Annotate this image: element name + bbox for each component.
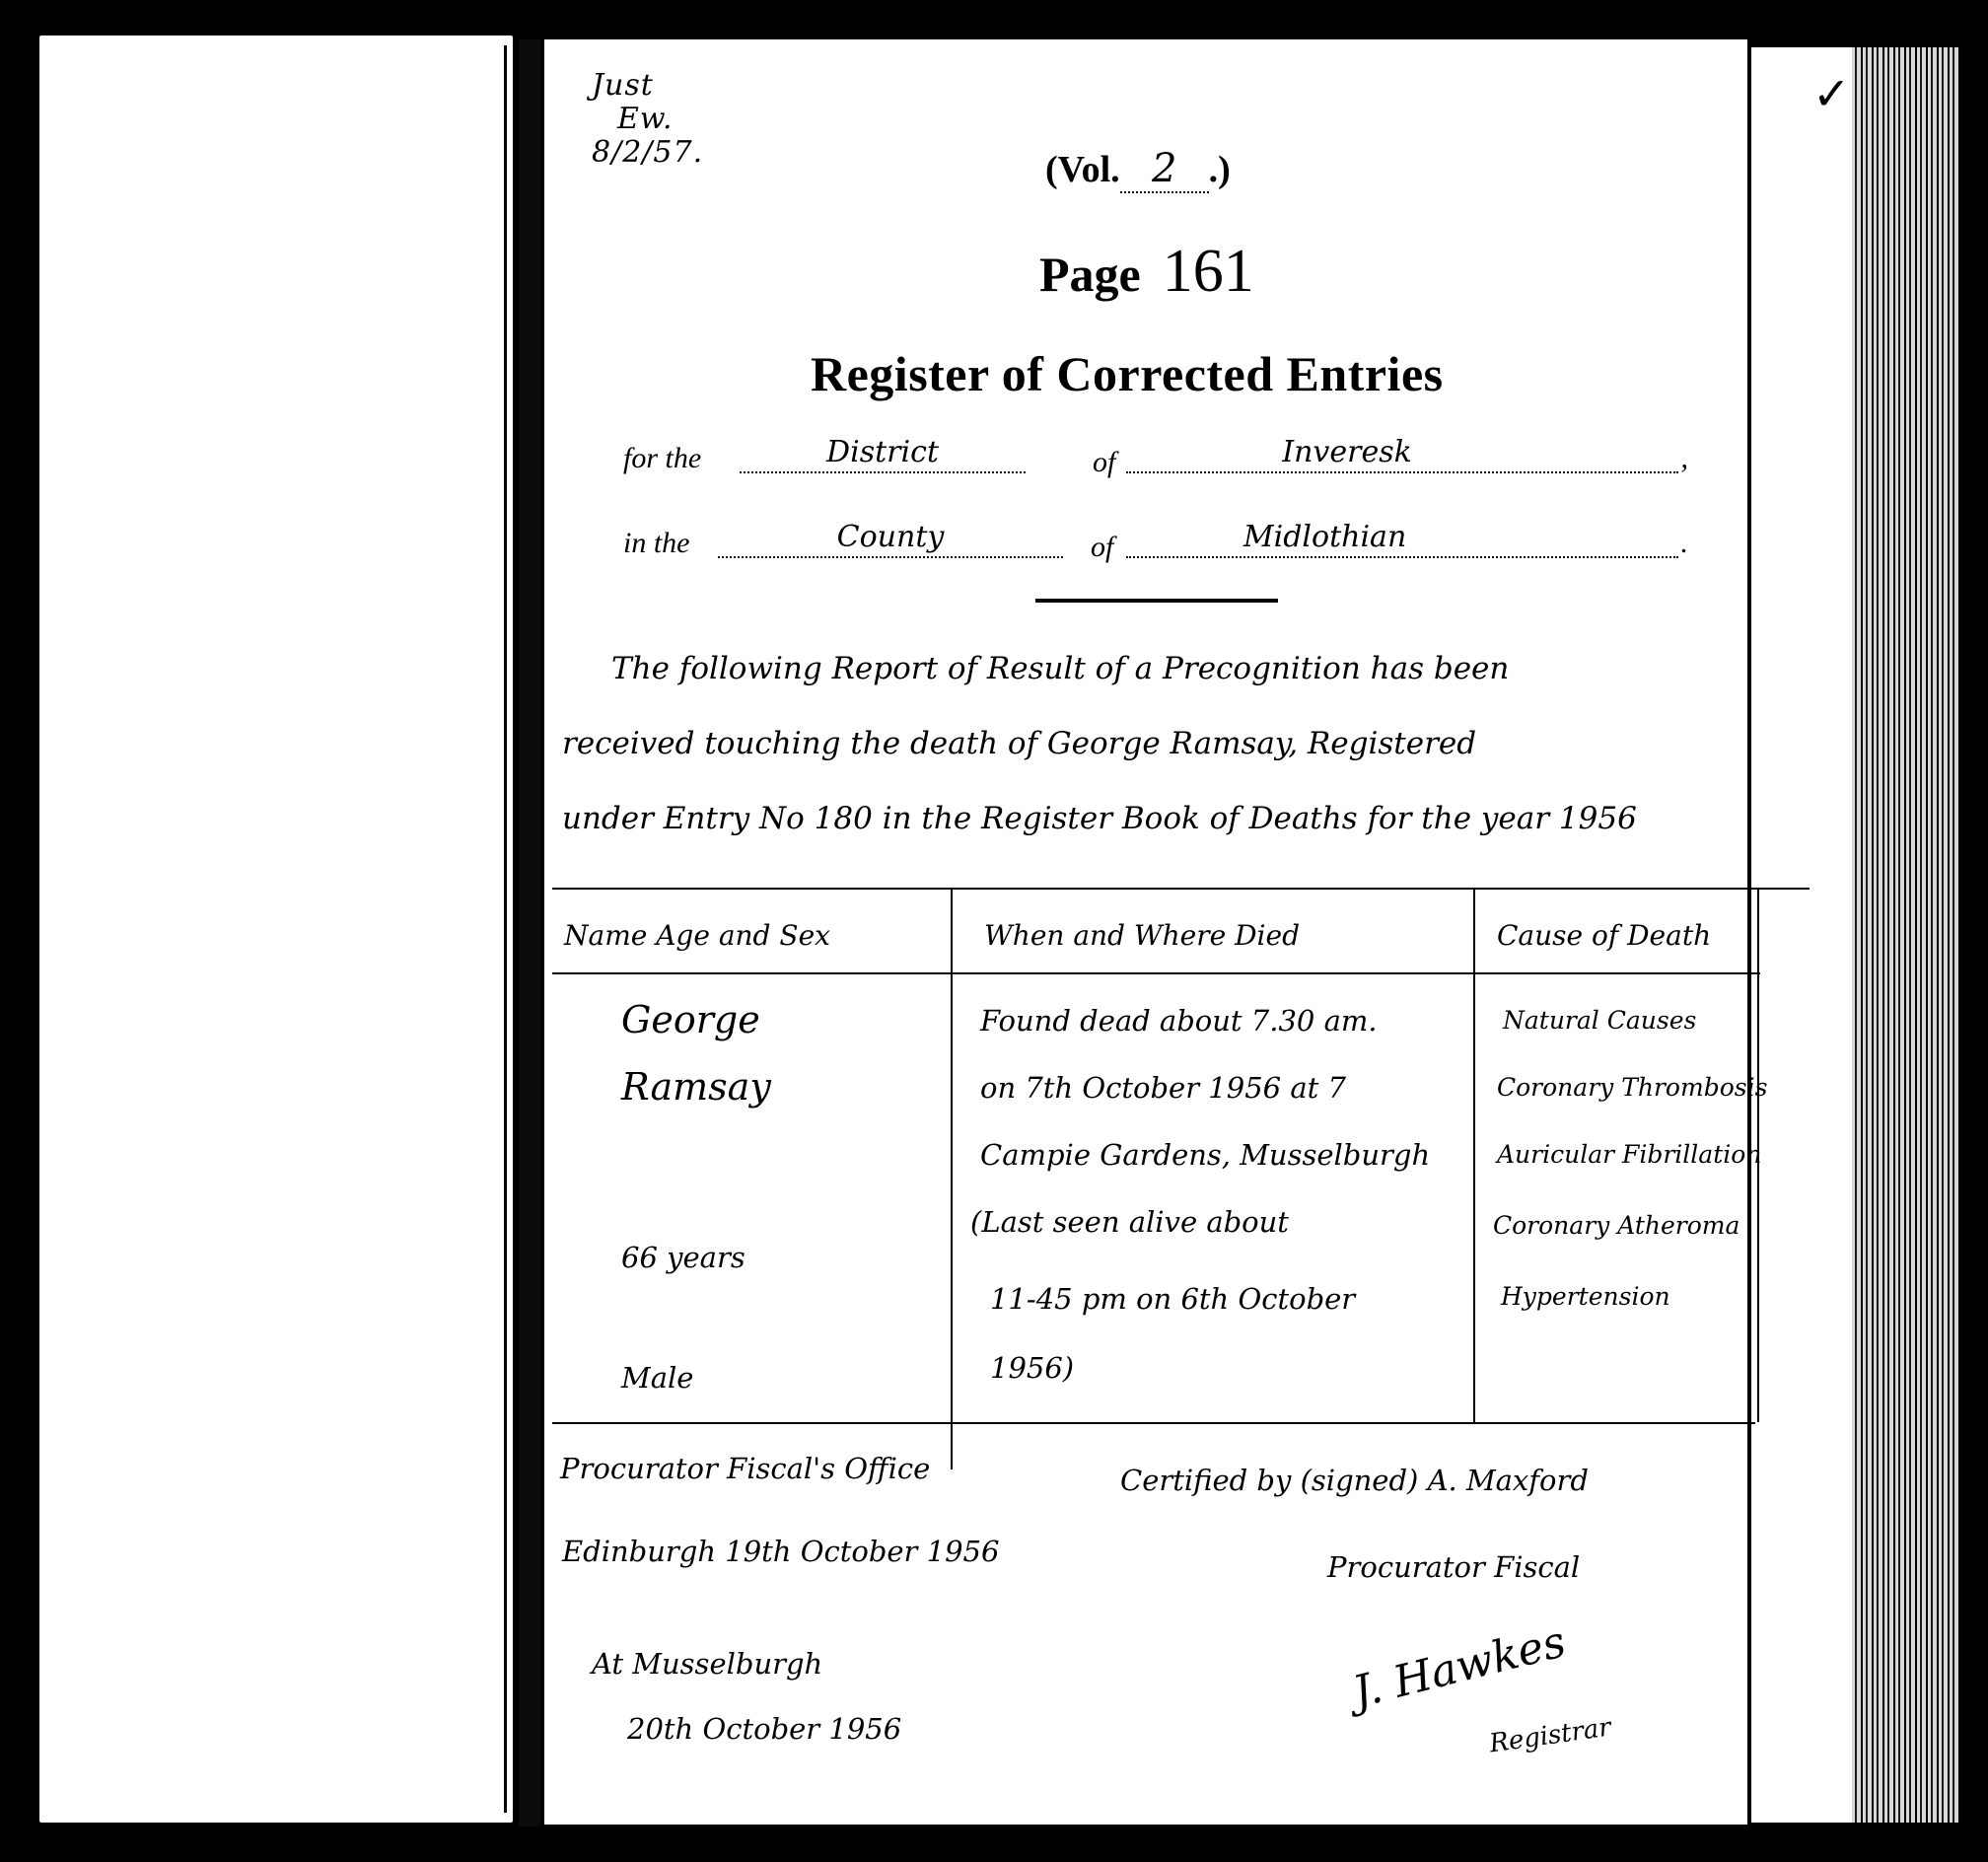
county-name-field: Midlothian <box>1126 517 1678 558</box>
volume-suffix: .) <box>1209 149 1231 190</box>
check-mark-icon: ✓ <box>1812 71 1851 116</box>
cause-line: Hypertension <box>1501 1282 1670 1311</box>
facing-blank-page <box>39 36 513 1823</box>
county-line: in the County of Midlothian . <box>623 515 1688 564</box>
county-type-field: County <box>718 517 1063 558</box>
of-label: of <box>1091 531 1113 564</box>
of-label: of <box>1093 446 1115 479</box>
when-where-line: Campie Gardens, Musselburgh <box>980 1138 1430 1172</box>
deceased-forename: George <box>621 998 760 1041</box>
page-edge-line <box>504 45 507 1813</box>
when-where-line: (Last seen alive about <box>970 1205 1289 1239</box>
office-line: Procurator Fiscal's Office <box>560 1452 930 1485</box>
annotation-line: Ew. <box>592 103 703 136</box>
annotation-line: Just <box>592 69 703 103</box>
when-where-line: 1956) <box>990 1351 1074 1385</box>
when-where-line: Found dead about 7.30 am. <box>980 1004 1378 1038</box>
column-divider <box>1473 888 1475 1422</box>
certifier-title: Procurator Fiscal <box>1327 1550 1580 1584</box>
binding-gutter <box>519 39 540 1826</box>
table-top-rule <box>552 888 1810 890</box>
column-header-name-age-sex: Name Age and Sex <box>564 919 830 952</box>
column-divider <box>951 888 953 1469</box>
deceased-age: 66 years <box>621 1241 745 1274</box>
line-punctuation: , <box>1681 442 1689 475</box>
deceased-surname: Ramsay <box>621 1065 771 1109</box>
registered-place: At Musselburgh <box>592 1647 822 1681</box>
cause-line: Natural Causes <box>1503 1006 1696 1035</box>
column-header-when-where: When and Where Died <box>984 919 1300 952</box>
table-header-rule <box>552 972 1760 974</box>
cause-line: Auricular Fibrillation <box>1497 1140 1761 1169</box>
cell-when-where: Found dead about 7.30 am. on 7th October… <box>957 976 1469 1420</box>
stacked-page-edges <box>1852 47 1960 1823</box>
annotation-date: 8/2/57. <box>592 136 703 170</box>
district-type-value: District <box>826 435 939 469</box>
cell-cause-of-death: Natural Causes Coronary Thrombosis Auric… <box>1479 976 1755 1420</box>
deceased-sex: Male <box>621 1361 693 1395</box>
registered-date: 20th October 1956 <box>627 1712 901 1746</box>
page-number: Page161 <box>1039 237 1254 307</box>
signature-title: Registrar <box>1488 1713 1613 1759</box>
county-type-value: County <box>837 520 945 554</box>
registrar-signature: J. Hawkes Registrar <box>1331 1632 1657 1780</box>
table-bottom-rule <box>552 1422 1755 1424</box>
volume-prefix: (Vol. <box>1045 149 1120 190</box>
county-prefix: in the <box>623 527 690 560</box>
cause-line: Coronary Thrombosis <box>1497 1073 1767 1102</box>
section-divider <box>1035 599 1278 603</box>
line-punctuation: . <box>1681 527 1689 560</box>
district-line: for the District of Inveresk , <box>623 430 1688 479</box>
district-name-field: Inveresk <box>1126 432 1678 473</box>
margin-annotation: Just Ew. 8/2/57. <box>592 69 703 170</box>
district-type-field: District <box>740 432 1026 473</box>
when-where-line: 11-45 pm on 6th October <box>990 1282 1355 1316</box>
page-number-value: 161 <box>1163 238 1254 305</box>
column-header-cause: Cause of Death <box>1497 919 1711 952</box>
narrative-line: received touching the death of George Ra… <box>562 706 1755 781</box>
narrative-line: The following Report of Result of a Prec… <box>562 631 1755 706</box>
county-name-value: Midlothian <box>1243 520 1406 554</box>
district-name-value: Inveresk <box>1282 435 1412 469</box>
volume-value: 2 <box>1120 146 1209 193</box>
volume-label: (Vol.2.) <box>1045 146 1231 193</box>
district-prefix: for the <box>623 442 701 475</box>
cause-line: Coronary Atheroma <box>1493 1211 1739 1240</box>
cell-name-age-sex: George Ramsay 66 years Male <box>552 976 947 1420</box>
office-date: Edinburgh 19th October 1956 <box>562 1535 999 1568</box>
page-label: Page <box>1039 247 1141 302</box>
narrative-line: under Entry No 180 in the Register Book … <box>562 781 1755 856</box>
certified-by: Certified by (signed) A. Maxford <box>1120 1464 1589 1497</box>
page-title: Register of Corrected Entries <box>811 345 1444 402</box>
signature-name: J. Hawkes <box>1348 1616 1571 1718</box>
when-where-line: on 7th October 1956 at 7 <box>980 1071 1346 1105</box>
corrected-entry-table: Name Age and Sex When and Where Died Cau… <box>552 888 1814 1425</box>
report-narrative: The following Report of Result of a Prec… <box>562 631 1755 856</box>
